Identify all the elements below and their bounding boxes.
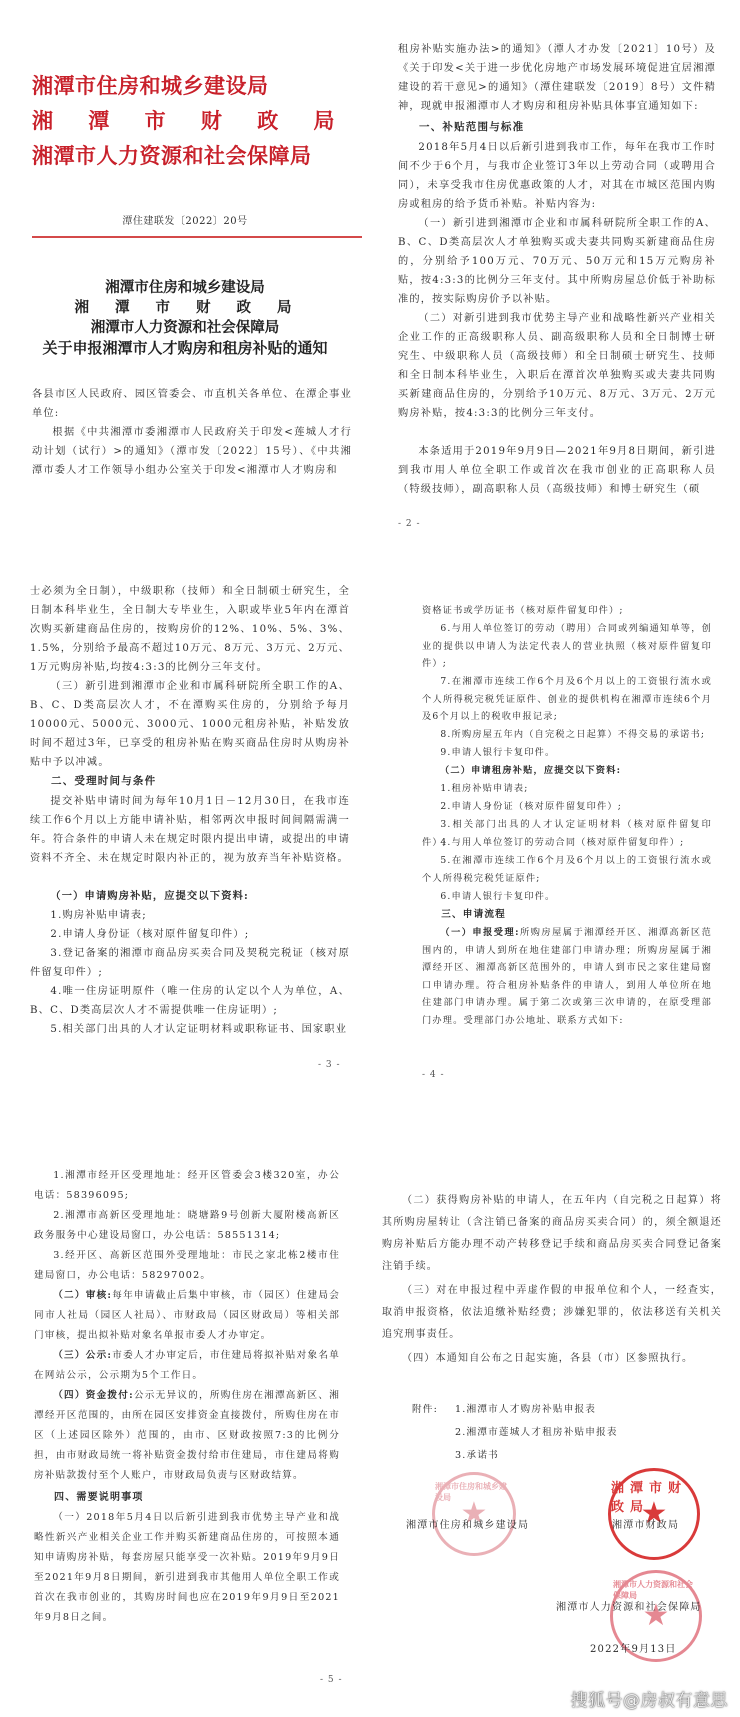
office-3: 3.经开区、高新区范围外受理地址：市民之家北栋2楼市住建局窗口，办公电话：582…	[34, 1246, 340, 1286]
attachment-1: 1.湘潭市人才购房补贴申报表	[455, 1400, 695, 1419]
rent-item-1: 1.租房补贴申请表;	[422, 780, 712, 798]
purchase-item-7: 7.在湘潭市连续工作6个月及6个月以上的工资银行流水或个人所得税完税凭证原件、创…	[422, 673, 712, 726]
purchase-item-2: 2.申请人身份证（核对原件留复印件）;	[30, 925, 350, 944]
note-4: （四）本通知自公布之日起实施，各县（市）区参照执行。	[382, 1348, 722, 1370]
purchase-item-6: 6.与用人单位签订的劳动（聘用）合同或列编通知单等，创业的提供以申请人为法定代表…	[422, 620, 712, 673]
step-1-text: 所购房屋属于湘潭经开区、湘潭高新区范围内的，申请人到所在地住建部门申请办理；所购…	[422, 927, 712, 1026]
section-3-heading: 三、申请流程	[422, 906, 712, 924]
red-divider-line	[32, 236, 362, 238]
page-number-3: - 3 -	[318, 1060, 341, 1070]
step-3-paragraph: （三）公示:市委人才办审定后，市住建局将拟补贴对象名单在网站公示，公示期为5个工…	[34, 1346, 340, 1386]
purchase-item-5-continued: 资格证书或学历证书（核对原件留复印件）;	[422, 602, 712, 620]
purchase-item-3: 3.登记备案的湘潭市商品房买卖合同及契税完税证（核对原件留复印件）;	[30, 944, 350, 982]
rent-item-6: 6.申请人银行卡复印件。	[422, 888, 712, 906]
attachment-2: 2.湘潭市莲城人才租房补贴申报表	[455, 1423, 695, 1442]
purchase-item-9: 9.申请人银行卡复印件。	[422, 744, 712, 762]
page-number-2: - 2 -	[398, 519, 421, 529]
purchase-item-4: 4.唯一住房证明原件（唯一住房的认定以个人为单位，A、B、C、D类高层次人才不需…	[30, 982, 350, 1020]
addressee: 各县市区人民政府、园区管委会、市直机关各单位、在潭企事业单位:	[32, 385, 352, 423]
page-2: 租房补贴实施办法>的通知》（潭人才办发〔2021〕10号）及《关于印发<关于进一…	[370, 0, 740, 560]
section-2-heading: 二、受理时间与条件	[30, 772, 350, 791]
page-3: 士必须为全日制），中级职称（技师）和全日制硕士研究生，全日制本科毕业生，全日制大…	[0, 560, 370, 1120]
step-3-label: （三）公示:	[53, 1350, 112, 1361]
red-header-line-1: 湘潭市住房和城乡建设局	[32, 70, 269, 100]
rent-item-2: 2.申请人身份证（核对原件留复印件）;	[422, 798, 712, 816]
purchase-item-8: 8.所购房屋五年内（自完税之日起算）不得交易的承诺书;	[422, 726, 712, 744]
rent-materials-heading: （二）申请租房补贴，应提交以下资料:	[440, 762, 712, 780]
office-1: 1.湘潭市经开区受理地址：经开区管委会3楼320室，办公电话：58396095;	[34, 1166, 340, 1206]
section-1-intro: 2018年5月4日以后新引进到我市工作，每年在我市工作时间不少于6个月，与我市企…	[398, 138, 716, 214]
signer-hr-bureau: 湘潭市人力资源和社会保障局	[556, 1598, 726, 1617]
page-6: （二）获得购房补贴的申请人，在五年内（自完税之日起算）将其所购房屋转让（含注销已…	[370, 1120, 740, 1717]
step-4-label: （四）资金拨付:	[53, 1390, 134, 1401]
section-4-heading: 四、需要说明事项	[34, 1488, 340, 1508]
document-number: 潭住建联发〔2022〕20号	[0, 212, 370, 227]
step-4-text: 公示无异议的，所购住房在湘潭高新区、湘潭经开区范围的，由所在园区安排资金直接拨付…	[34, 1390, 340, 1481]
title-line-2: 湘潭市财政局	[0, 298, 370, 318]
purchase-materials-heading: （一）申请购房补贴，应提交以下资料:	[30, 887, 350, 906]
page-1: 湘潭市住房和城乡建设局 湘 潭 市 财 政 局 文件 湘潭市人力资源和社会保障局…	[0, 0, 370, 560]
purchase-item-1: 1.购房补贴申请表;	[30, 906, 350, 925]
subsidy-item-1: （一）新引进到湘潭市企业和市属科研院所全职工作的A、B、C、D类高层次人才单独购…	[398, 214, 716, 309]
clause-continued: 士必须为全日制），中级职称（技师）和全日制硕士研究生，全日制本科毕业生，全日制大…	[30, 582, 350, 677]
page-5: 1.湘潭市经开区受理地址：经开区管委会3楼320室，办公电话：58396095;…	[0, 1120, 370, 1717]
housing-bureau-seal: 湘潭市住房和城乡建设局 ★	[432, 1472, 516, 1556]
document-title: 湘潭市住房和城乡建设局 湘潭市财政局 湘潭市人力资源和社会保障局 关于申报湘潭市…	[0, 278, 370, 358]
section-2-text: 提交补贴申请时间为每年10月1日－12月30日，在我市连续工作6个月以上方能申请…	[30, 792, 350, 868]
finance-bureau-seal: 湘潭市财政局 ★	[608, 1468, 700, 1560]
applicable-clause: 本条适用于2019年9月9日—2021年9月8日期间，新引进到我市用人单位全职工…	[398, 442, 716, 499]
step-4-paragraph: （四）资金拨付:公示无异议的，所购住房在湘潭高新区、湘潭经开区范围的，由所在园区…	[34, 1386, 340, 1486]
subsidy-item-3: （三）新引进到湘潭市企业和市属科研院所全职工作的A、B、C、D类高层次人才，不在…	[30, 677, 350, 772]
page-number-4: - 4 -	[422, 1070, 445, 1080]
subsidy-item-2: （二）对新引进到我市优势主导产业和战略性新兴产业相关企业工作的正高级职称人员、副…	[398, 309, 716, 423]
section-1-heading: 一、补贴范围与标准	[398, 118, 716, 137]
office-2: 2.湘潭市高新区受理地址：晓塘路9号创新大厦附楼高新区政务服务中心建设局窗口，办…	[34, 1206, 340, 1246]
step-1-paragraph: （一）申报受理:所购房屋属于湘潭经开区、湘潭高新区范围内的，申请人到所在地住建部…	[422, 924, 712, 1029]
title-line-4: 关于申报湘潭市人才购房和租房补贴的通知	[0, 338, 370, 358]
step-2-paragraph: （二）审核:每年申请截止后集中审核，市（园区）住建局会同市人社局（园区人社局）、…	[34, 1286, 340, 1346]
sohu-watermark: 搜狐号@房叔有意思	[571, 1686, 729, 1711]
note-3: （三）对在申报过程中弄虚作假的申报单位和个人，一经查实，取消申报资格，依法追缴补…	[382, 1280, 722, 1346]
title-line-1: 湘潭市住房和城乡建设局	[0, 278, 370, 298]
signer-housing-bureau: 湘潭市住房和城乡建设局	[406, 1516, 566, 1535]
page-4: 资格证书或学历证书（核对原件留复印件）; 6.与用人单位签订的劳动（聘用）合同或…	[370, 560, 740, 1120]
intro-continued: 租房补贴实施办法>的通知》（潭人才办发〔2021〕10号）及《关于印发<关于进一…	[398, 40, 716, 116]
purchase-item-5: 5.相关部门出具的人才认定证明材料或职称证书、国家职业	[30, 1020, 350, 1039]
intro-paragraph: 根据《中共湘潭市委湘潭市人民政府关于印发<莲城人才行动计划（试行）>的通知》（潭…	[32, 423, 352, 480]
note-2: （二）获得购房补贴的申请人，在五年内（自完税之日起算）将其所购房屋转让（含注销已…	[382, 1190, 722, 1278]
note-1: （一）2018年5月4日以后新引进到我市优势主导产业和战略性新兴产业相关企业工作…	[34, 1508, 340, 1628]
rent-item-5: 5.在湘潭市连续工作6个月及6个月以上的工资银行流水或个人所得税完税凭证原件;	[422, 852, 712, 887]
red-header-line-3: 湘潭市人力资源和社会保障局	[32, 140, 312, 170]
attachment-3: 3.承诺书	[455, 1446, 695, 1465]
rent-item-4: 4.与用人单位签订的劳动合同（核对原件留复印件）;	[422, 834, 712, 852]
issue-date: 2022年9月13日	[590, 1640, 710, 1659]
step-2-label: （二）审核:	[53, 1290, 112, 1301]
step-1-label: （一）申报受理:	[440, 927, 519, 938]
title-line-3: 湘潭市人力资源和社会保障局	[0, 318, 370, 338]
signer-finance-bureau: 湘潭市财政局	[612, 1516, 712, 1535]
page-number-5: - 5 -	[320, 1675, 343, 1685]
